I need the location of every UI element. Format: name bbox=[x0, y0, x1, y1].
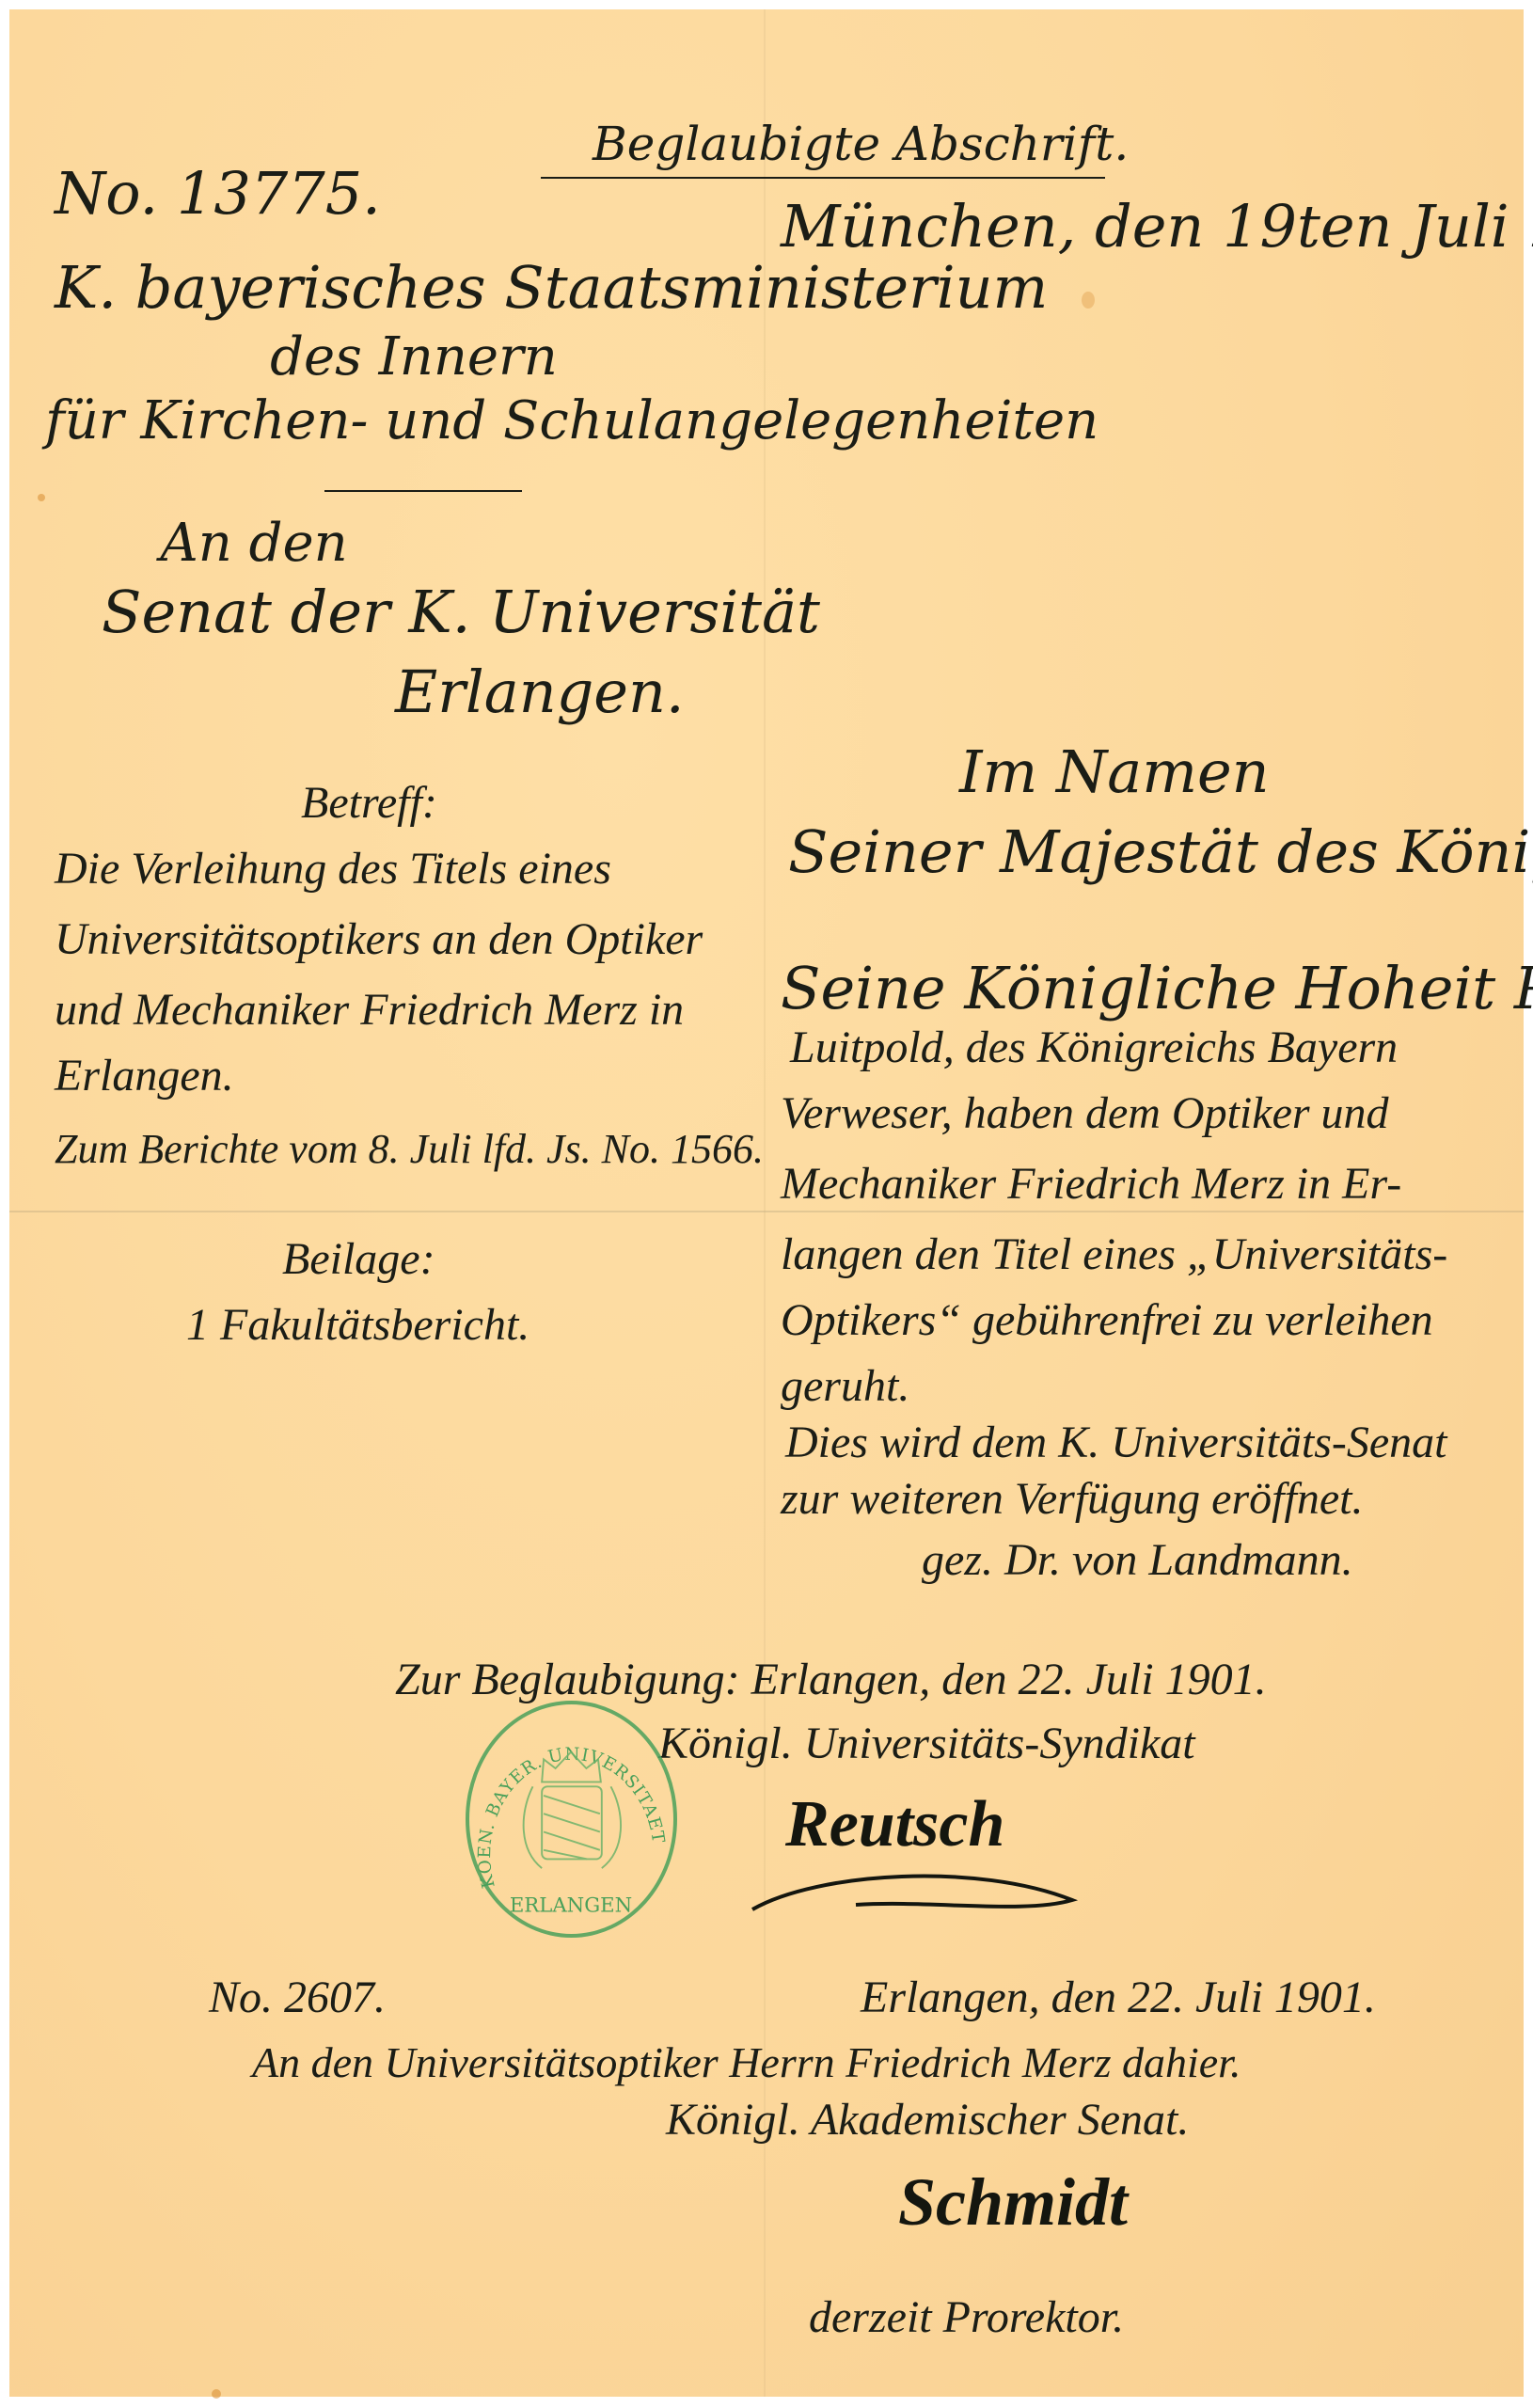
body-line: Verweser, haben dem Optiker und bbox=[781, 1091, 1389, 1136]
svg-text:KOEN. BAYER. UNIVERSITAET: KOEN. BAYER. UNIVERSITAET bbox=[475, 1745, 668, 1891]
body-line: Seine Königliche Hoheit Prinz bbox=[781, 959, 1533, 1018]
signature-flourish bbox=[743, 1862, 1091, 1928]
invocation-line-2: Seiner Majestät des Königs. bbox=[788, 823, 1533, 881]
endorsement-number: No. 2607. bbox=[209, 1975, 386, 2020]
issuer-line-2: des Innern bbox=[270, 331, 558, 384]
minister-signature: gez. Dr. von Landmann. bbox=[922, 1538, 1353, 1583]
subject-line: Die Verleihung des Titels eines bbox=[55, 847, 611, 892]
syndic-signature: Reutsch bbox=[785, 1792, 1004, 1858]
body-line: Luitpold, des Königreichs Bayern bbox=[790, 1025, 1398, 1070]
recipient-line-2: Senat der K. Universität bbox=[102, 583, 820, 642]
seal-ring-text: KOEN. BAYER. UNIVERSITAET bbox=[475, 1745, 668, 1891]
enclosure-item: 1 Fakultätsbericht. bbox=[186, 1303, 529, 1348]
document-heading: Beglaubigte Abschrift. bbox=[593, 120, 1129, 167]
body-line: langen den Titel eines „Universitäts- bbox=[781, 1232, 1447, 1277]
body-line: geruht. bbox=[781, 1364, 909, 1409]
ink-stain bbox=[38, 494, 45, 501]
prorector-signature: Schmidt bbox=[898, 2168, 1128, 2236]
body-line: Mechaniker Friedrich Merz in Er- bbox=[781, 1162, 1401, 1207]
endorsement-sender: Königl. Akademischer Senat. bbox=[666, 2098, 1189, 2143]
subject-line: Universitätsoptikers an den Optiker bbox=[55, 917, 703, 962]
endorsement-address: An den Universitätsoptiker Herrn Friedri… bbox=[252, 2041, 1241, 2084]
endorsement-place-date: Erlangen, den 22. Juli 1901. bbox=[861, 1975, 1376, 2020]
recipient-line-3: Erlangen. bbox=[395, 663, 685, 721]
subject-label: Betreff: bbox=[301, 781, 437, 826]
place-date: München, den 19ten Juli 1901. bbox=[781, 198, 1533, 256]
horizontal-fold-crease bbox=[9, 1211, 1524, 1212]
body-line: Optikers“ gebührenfrei zu verleihen bbox=[781, 1298, 1433, 1343]
enclosure-label: Beilage: bbox=[282, 1237, 435, 1282]
bavarian-coat-of-arms-icon: KOEN. BAYER. UNIVERSITAET ERLANGEN bbox=[469, 1704, 673, 1934]
body-line: Dies wird dem K. Universitäts-Senat bbox=[785, 1420, 1447, 1465]
invocation-line-1: Im Namen bbox=[959, 743, 1270, 801]
foxing-stain bbox=[212, 2389, 221, 2399]
recipient-line-1: An den bbox=[160, 517, 347, 570]
certification-line-1: Zur Beglaubigung: Erlangen, den 22. Juli… bbox=[395, 1657, 1267, 1703]
issuer-line-1: K. bayerisches Staatsministerium bbox=[55, 259, 1048, 317]
university-seal: KOEN. BAYER. UNIVERSITAET ERLANGEN bbox=[466, 1701, 677, 1938]
subject-reference: Zum Berichte vom 8. Juli lfd. Js. No. 15… bbox=[55, 1129, 764, 1170]
seal-bottom-text: ERLANGEN bbox=[510, 1893, 632, 1917]
prorector-title: derzeit Prorektor. bbox=[809, 2295, 1124, 2340]
separator-rule bbox=[324, 490, 522, 492]
certification-line-2: Königl. Universitäts-Syndikat bbox=[658, 1721, 1195, 1766]
heading-underline bbox=[541, 177, 1105, 179]
document-number: No. 13775. bbox=[55, 165, 381, 223]
issuer-line-3: für Kirchen- und Schulangelegenheiten bbox=[45, 395, 1098, 448]
subject-line: und Mechaniker Friedrich Merz in bbox=[55, 988, 684, 1033]
subject-line: Erlangen. bbox=[55, 1053, 234, 1099]
body-line: zur weiteren Verfügung eröffnet. bbox=[781, 1477, 1363, 1522]
foxing-stain bbox=[1082, 292, 1095, 309]
